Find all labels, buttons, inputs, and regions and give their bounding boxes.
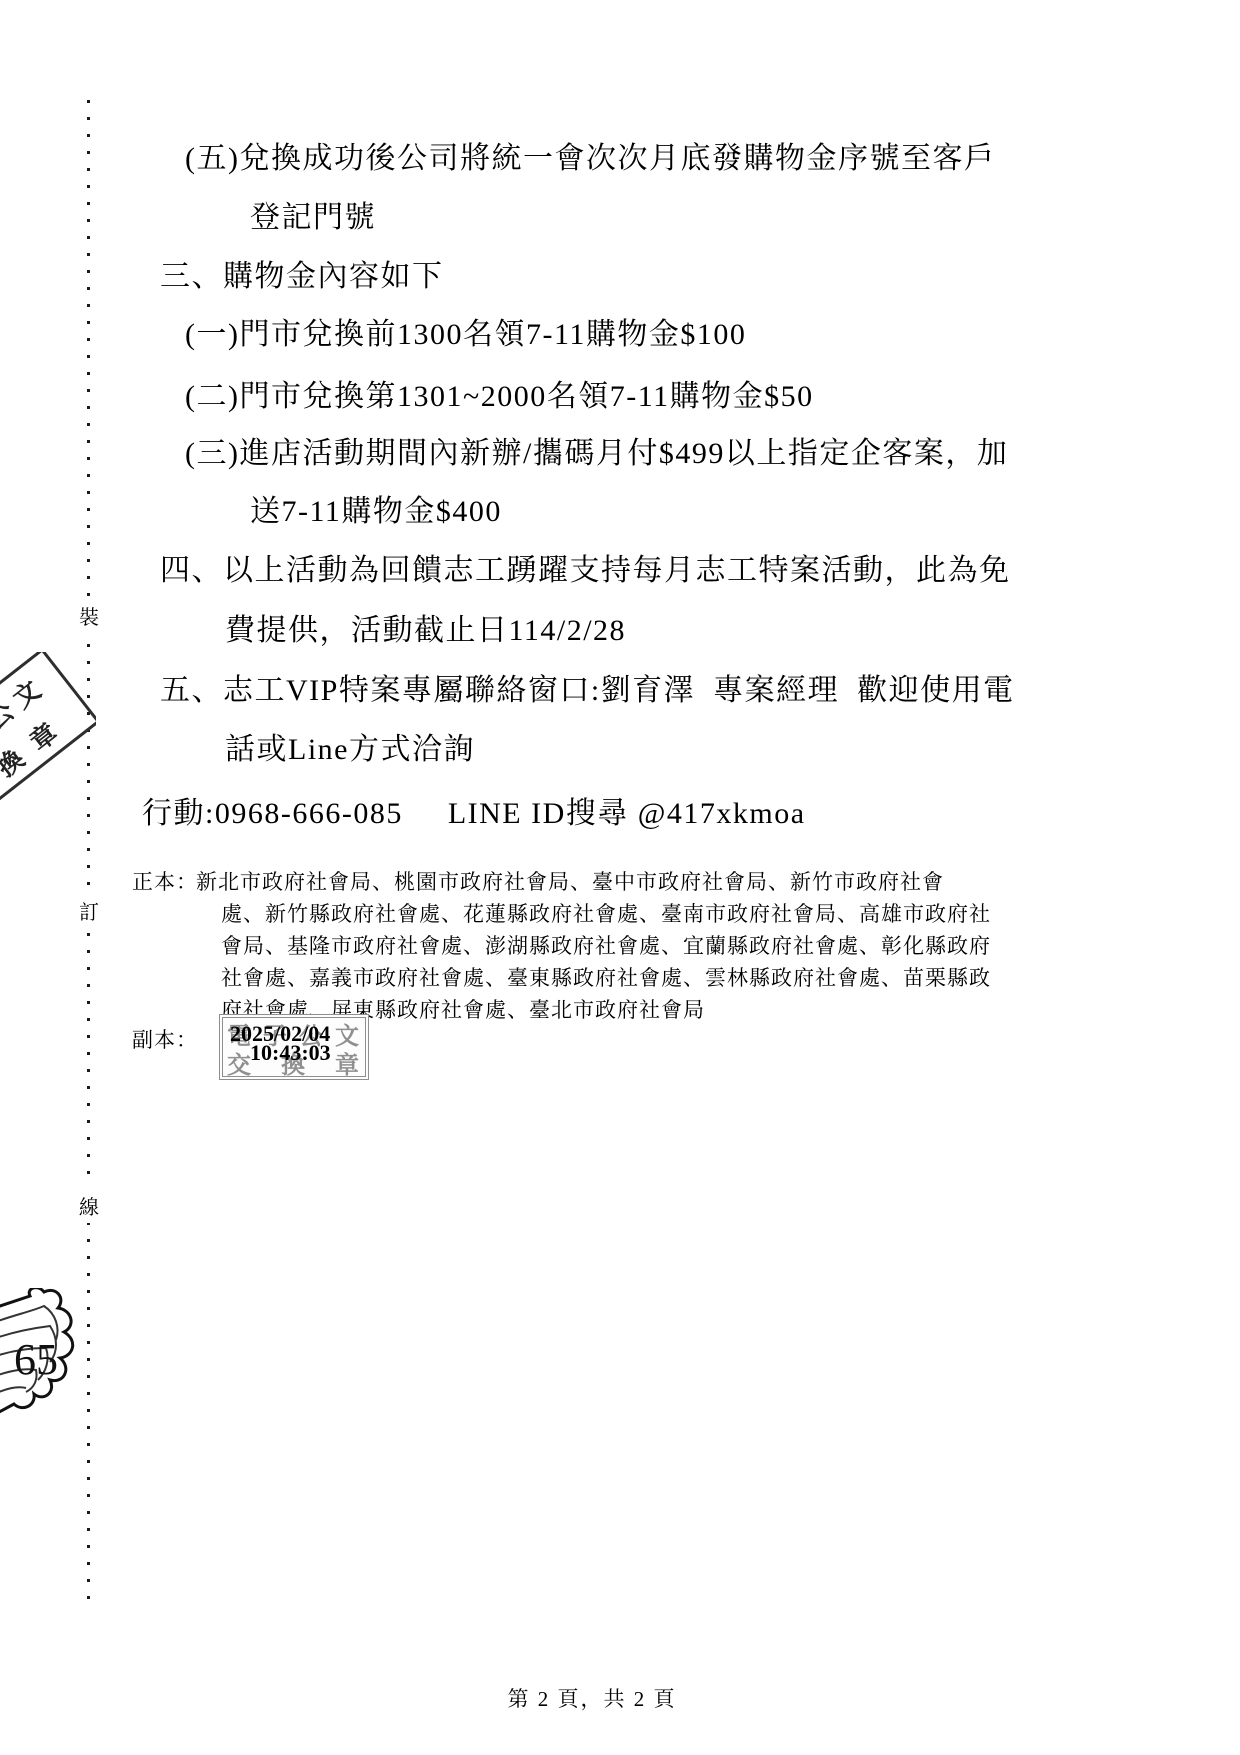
body-line-section5-cont: 話或Line方式洽詢: [225, 731, 475, 769]
binding-dotted-line: [87, 100, 90, 1605]
document-page: 裝 訂 線 (五)兌換成功後公司將統一會次次月底發購物金序號至客戶 登記門號 三…: [0, 0, 1240, 1755]
original-copy-line: 新北市政府社會局、桃園市政府社會局、臺中市政府社會局、新竹市政府社會: [196, 866, 944, 896]
body-line-item2: (二)門市兌換第1301~2000名領7-11購物金$50: [185, 378, 814, 416]
body-line-section4-cont: 費提供，活動截止日114/2/28: [225, 612, 626, 650]
body-line-item5: (五)兌換成功後公司將統一會次次月底發購物金序號至客戶: [185, 140, 995, 178]
seal-number: 65: [14, 1334, 58, 1385]
page-number-footer: 第 2 頁，共 2 頁: [0, 1683, 1184, 1713]
body-line-section5: 五、志工VIP特案專屬聯絡窗口:劉育澤 專案經理 歡迎使用電: [160, 672, 1015, 710]
left-exchange-stamp: 電子公文 交換章: [0, 652, 96, 812]
body-line-section4: 四、以上活動為回饋志工踴躍支持每月志工特案活動，此為免: [160, 552, 1011, 590]
body-line-item3-cont: 送7-11購物金$400: [250, 493, 502, 531]
body-line-contact: 行動:0968-666-085 LINE ID搜尋 @417xkmoa: [142, 795, 806, 833]
body-line-item3: (三)進店活動期間內新辦/攜碼月付$499以上指定企客案，加: [185, 435, 1008, 473]
original-copy-line: 處、新竹縣政府社會處、花蓮縣政府社會處、臺南市政府社會局、高雄市政府社: [221, 898, 991, 928]
scalloped-seal: 65: [0, 1288, 80, 1438]
body-line-item5-cont: 登記門號: [250, 199, 376, 237]
binding-char-xian: 線: [76, 1188, 102, 1223]
body-line-section3: 三、購物金內容如下: [160, 258, 444, 296]
binding-char-zhuang: 裝: [76, 598, 102, 633]
binding-char-ding: 訂: [76, 893, 102, 928]
original-copy-line: 會局、基隆市政府社會處、澎湖縣政府社會處、宜蘭縣政府社會處、彰化縣政府: [221, 930, 991, 960]
stamp-time: 10:43:03: [250, 1040, 331, 1066]
original-copy-label: 正本：: [132, 866, 198, 896]
body-line-item1: (一)門市兌換前1300名領7-11購物金$100: [185, 316, 746, 354]
duplicate-copy-label: 副本：: [132, 1024, 198, 1054]
electronic-exchange-date-stamp: 電子公文 交換章 2025/02/04 10:43:03: [219, 1014, 369, 1080]
original-copy-line: 社會處、嘉義市政府社會處、臺東縣政府社會處、雲林縣政府社會處、苗栗縣政: [221, 962, 991, 992]
